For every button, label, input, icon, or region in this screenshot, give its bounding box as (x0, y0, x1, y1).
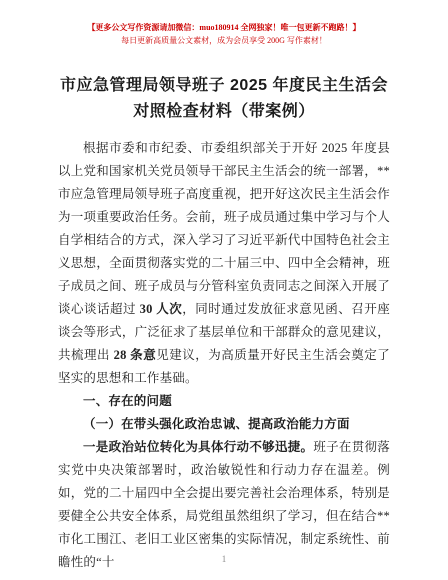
document-title: 市应急管理局领导班子 2025 年度民主生活会对照检查材料（带案例） (56, 73, 392, 125)
bold-text-segment: 28 条意 (114, 348, 157, 362)
document-body: 根据市委和市纪委、市委组织部关于开好 2025 年度县以上党和国家机关党员领导干… (0, 137, 448, 574)
ad-banner-line1: 【更多公文写作资源请加微信：muo180914 全网独家！唯一包更新不跑路！】 (0, 22, 448, 34)
page-number: 1 (0, 554, 448, 564)
text-segment: 根据市委和市纪委、市委组织部关于开好 2025 年度县以上党和国家机关党员领导干… (58, 141, 390, 316)
ad-banner-line2: 每日更新高质量公文素材，成为会员享受 200G 写作素材！ (0, 35, 448, 47)
bold-text-segment: 30 人次 (140, 302, 183, 316)
section-heading: （一）在带头强化政治忠诚、提高政治能力方面 (58, 413, 390, 436)
ad-banner: 【更多公文写作资源请加微信：muo180914 全网独家！唯一包更新不跑路！】 … (0, 0, 448, 47)
paragraph: 根据市委和市纪委、市委组织部关于开好 2025 年度县以上党和国家机关党员领导干… (58, 137, 390, 390)
bold-text-segment: 一是政治站位转化为具体行动不够迅捷。 (83, 440, 313, 454)
text-segment: 班子在贯彻落实党中央决策部署时，政治敏锐性和行动力存在温差。例如，党的二十届四中… (58, 440, 390, 569)
document-page: 【更多公文写作资源请加微信：muo180914 全网独家！唯一包更新不跑路！】 … (0, 0, 448, 580)
section-heading: 一、存在的问题 (58, 390, 390, 413)
